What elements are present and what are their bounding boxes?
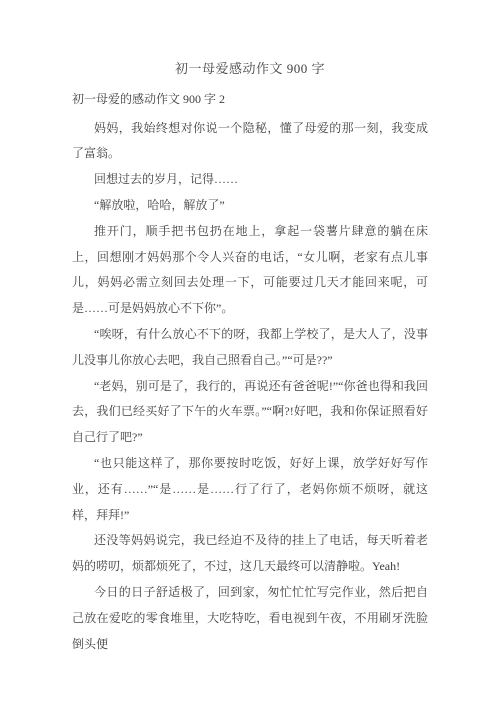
- document-title: 初一母爱感动作文 900 字: [72, 56, 428, 82]
- paragraph-7: “也只能这样了，那你要按时吃饭，好好上课，放学好好写作业，还有……”“是……是……: [72, 451, 428, 528]
- paragraph-6: “老妈，别可是了，我行的，再说还有爸爸呢!”“你爸也得和我回去，我们已经买好了下…: [72, 374, 428, 451]
- paragraph-1: 妈妈，我始终想对你说一个隐秘，懂了母爱的那一刻，我变成了富翁。: [72, 116, 428, 168]
- paragraph-9: 今日的日子舒适极了，回到家，匆忙忙忙写完作业，然后把自己放在爱吃的零食堆里，大吃…: [72, 580, 428, 657]
- document-subtitle: 初一母爱的感动作文 900 字 2: [72, 87, 428, 113]
- paragraph-3: “解放啦，哈哈，解放了”: [72, 193, 428, 219]
- paragraph-2: 回想过去的岁月，记得……: [72, 167, 428, 193]
- paragraph-5: “唉呀，有什么放心不下的呀，我都上学校了，是大人了，没事儿没事儿你放心去吧，我自…: [72, 322, 428, 374]
- document-page: 初一母爱感动作文 900 字 初一母爱的感动作文 900 字 2 妈妈，我始终想…: [0, 0, 500, 707]
- paragraph-4: 推开门，顺手把书包扔在地上，拿起一袋薯片肆意的躺在床上，回想刚才妈妈那个令人兴奋…: [72, 219, 428, 322]
- paragraph-8: 还没等妈妈说完，我已经迫不及待的挂上了电话，每天听着老妈的唠叨，烦都烦死了，不过…: [72, 528, 428, 580]
